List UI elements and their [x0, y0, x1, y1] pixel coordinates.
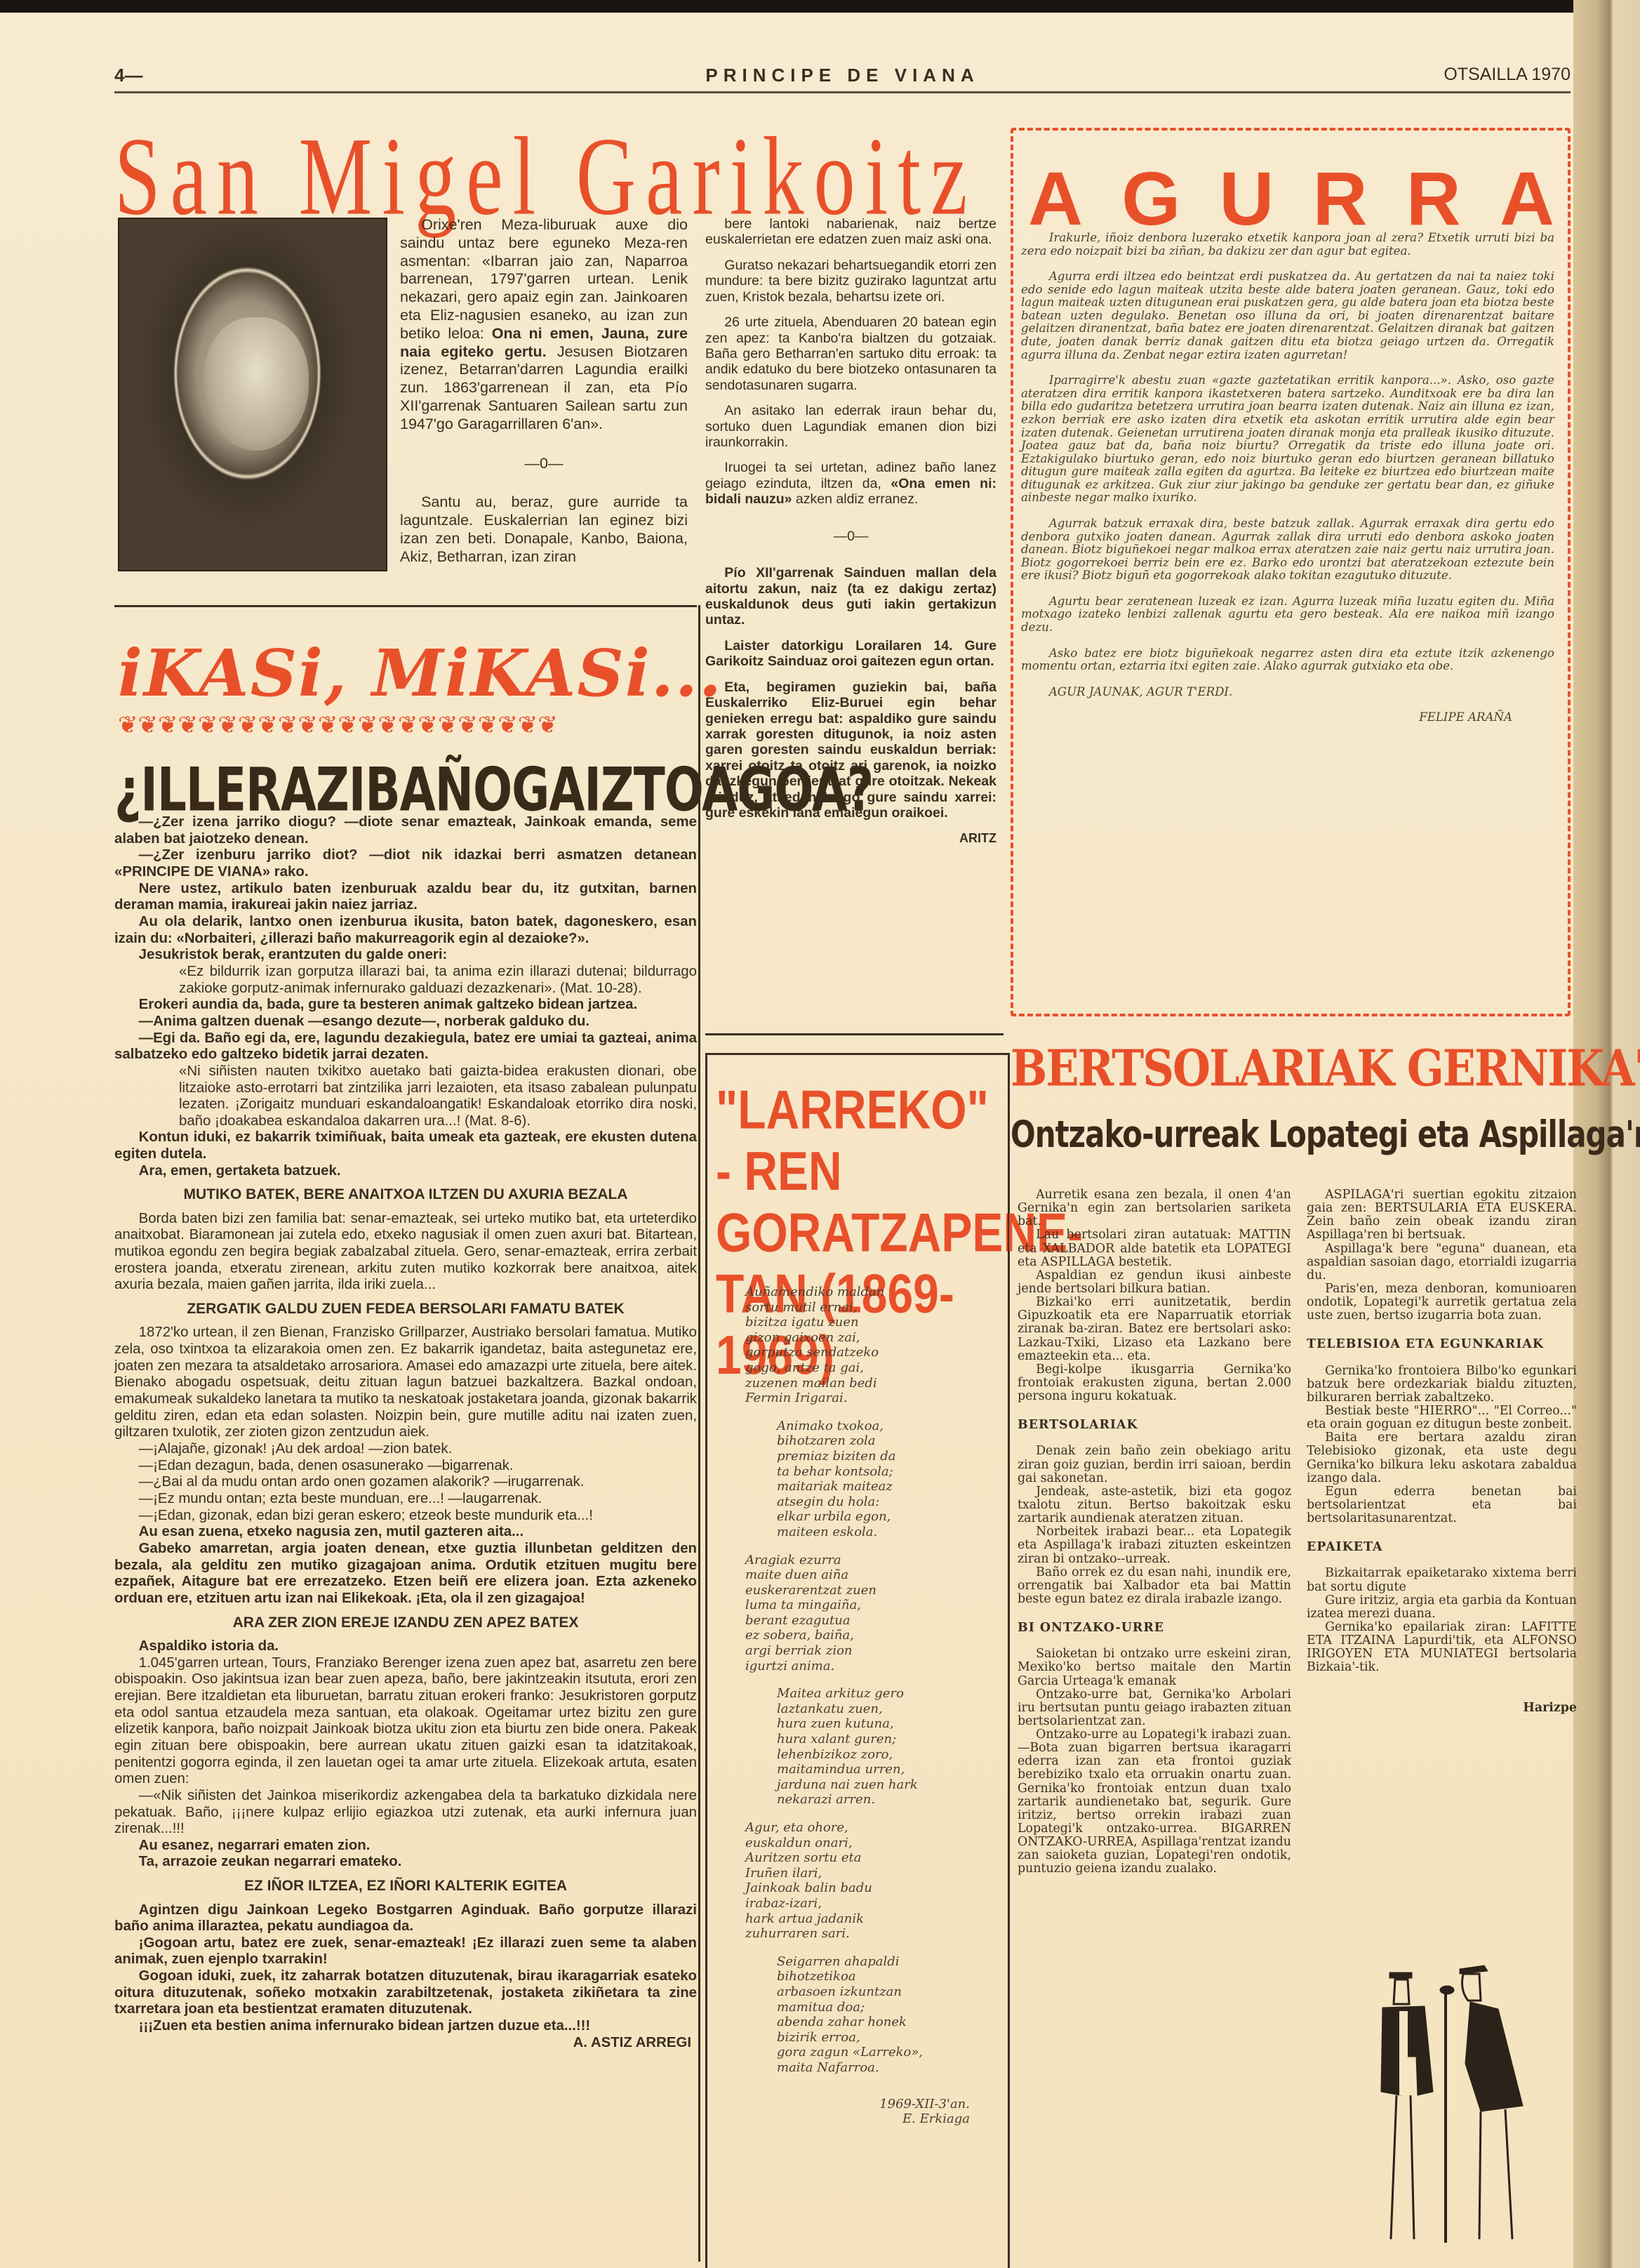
paragraph: —Anima galtzen duenak —esango dezute—, n…: [114, 1014, 697, 1030]
paragraph: Gabeko amarretan, argia joaten denean, e…: [114, 1541, 697, 1607]
poem-line: abenda zahar honek: [777, 2015, 998, 2030]
paragraph: Bizkai'ko erri aunitzetatik, berdin Gipu…: [1018, 1296, 1291, 1363]
section-divider: [114, 605, 697, 607]
poem-line: maita Nafarroa.: [777, 2060, 998, 2076]
paragraph: —Egi da. Baño egi da, ere, lagundu dezak…: [114, 1030, 697, 1063]
publication-title: PRINCIPE DE VIANA: [114, 65, 1571, 86]
section-heading: ZERGATIK GALDU ZUEN FEDEA BERSOLARI FAMA…: [114, 1301, 697, 1318]
paragraph: Erokeri aundia da, bada, gure ta bestere…: [114, 997, 697, 1014]
bertsolariak-title: BERTSOLARIAK GERNIKA'n: [1011, 1039, 1640, 1098]
poem-line: Agur, eta ohore,: [745, 1820, 998, 1836]
author-aritz: ARITZ: [705, 831, 996, 846]
paragraph: Aurretik esana zen bezala, il onen 4'an …: [1018, 1188, 1291, 1228]
separator: —0—: [705, 529, 996, 544]
paragraph: Gernika'ko frontoiera Bilbo'ko egunkari …: [1307, 1365, 1577, 1405]
paragraph: Asko batez ere biotz biguñekoak negarrez…: [1021, 647, 1554, 673]
paragraph: 1.045'garren urtean, Tours, Franziako Be…: [114, 1655, 697, 1788]
paragraph: ASPILAGA'ri suertian egokitu zitzaion ga…: [1307, 1188, 1577, 1242]
paragraph: Irakurle, iñoiz denbora luzerako etxetik…: [1021, 232, 1554, 258]
poem-stanza: Aragiak ezurramaite duen aiñaeuskerarent…: [745, 1553, 998, 1674]
section-divider: [705, 1033, 1004, 1035]
paragraph: Denak zein baño zein obekiago aritu zira…: [1018, 1445, 1291, 1485]
poem-line: sortu mutil ernai,: [745, 1300, 998, 1315]
paragraph: Gure iritziz, argia eta garbia da Kontua…: [1307, 1594, 1577, 1621]
section-heading: EZ IÑOR ILTZEA, EZ IÑORI KALTERIK EGITEA: [114, 1878, 697, 1895]
paragraph: Norbeitek irabazi bear... eta Lopategik …: [1018, 1525, 1291, 1565]
poem-line: premiaz biziten da: [777, 1449, 998, 1464]
paragraph: Paris'en, meza denboran, komunioaren ond…: [1307, 1282, 1577, 1322]
paragraph: —¡Alajañe, gizonak! ¡Au dek ardoa! —zion…: [114, 1441, 697, 1458]
paragraph: An asitako lan ederrak iraun behar du, s…: [705, 403, 996, 450]
author-harizpe: Harizpe: [1307, 1702, 1577, 1715]
poem-line: Aragiak ezurra: [745, 1553, 998, 1568]
portrait-photo: [118, 218, 387, 571]
scan-top-edge: [0, 0, 1640, 13]
paragraph: Aspillaga'k bere "eguna" duanean, eta as…: [1307, 1242, 1577, 1282]
paragraph: ¡Gogoan artu, batez ere zuek, senar-emaz…: [114, 1935, 697, 1968]
poem-line: euskaldun onari,: [745, 1836, 998, 1851]
ikasi-mikasi-title: iKASi, MiKASi...: [118, 635, 723, 711]
paragraph: Bizkaitarrak epaiketarako xixtema berri …: [1307, 1567, 1577, 1593]
ikasi-body: —¿Zer izena jarriko diogu? —diote senar …: [114, 814, 697, 2051]
issue-date: OTSAILLA 1970: [1444, 65, 1571, 85]
author-felipe-arana: FELIPE ARAÑA: [1021, 711, 1554, 724]
poem-line: Auñamendiko maldan: [745, 1285, 998, 1300]
poem-line: Seigarren ahapaldi: [777, 1954, 998, 1970]
paragraph: Agurrak batzuk erraxak dira, beste batzu…: [1021, 517, 1554, 583]
paragraph: Gogoan iduki, zuek, itz zaharrak botatze…: [114, 1968, 697, 2018]
paragraph: —¿Zer izenburu jarriko diot? —diot nik i…: [114, 847, 697, 880]
paragraph: Orixe'ren Meza-liburuak auxe dio saindu …: [400, 216, 688, 434]
poem-line: hura zuen kutuna,: [777, 1716, 998, 1732]
poem-line: mamitua doa;: [777, 2000, 998, 2015]
poem-line: jarduna nai zuen hark: [777, 1777, 998, 1793]
poem-line: lehenbizikoz zoro,: [777, 1747, 998, 1763]
paragraph: Baita ere bertara azaldu ziran Telebisio…: [1307, 1431, 1577, 1485]
section-heading: ARA ZER ZION EREJE IZANDU ZEN APEZ BATEX: [114, 1614, 697, 1631]
paragraph: Lau bertsolari ziran autatuak: MATTIN et…: [1018, 1228, 1291, 1268]
paragraph: —¿Bai al da mudu ontan ardo onen gozamen…: [114, 1474, 697, 1491]
poem-line: luma ta mingaiña,: [745, 1598, 998, 1613]
author-astiz-arregi: A. ASTIZ ARREGI: [114, 2035, 697, 2052]
poem-stanza: Maitea arkituz gerolaztankatu zuen,hura …: [745, 1686, 998, 1808]
section-heading: MUTIKO BATEK, BERE ANAITXOA ILTZEN DU AX…: [114, 1186, 697, 1203]
poem-line: arbasoen izkuntzan: [777, 1984, 998, 2000]
paragraph: —«Nik siñisten det Jainkoa miserikordiz …: [114, 1788, 697, 1838]
paragraph: ¡¡¡Zuen eta bestien anima infernurako bi…: [114, 2018, 697, 2035]
agurra-title: A G U R R A: [1028, 154, 1554, 242]
paragraph: Jesukristok berak, erantzuten du galde o…: [114, 947, 697, 964]
poem-line: atsegin du hola:: [777, 1494, 998, 1510]
bertsolari-cartoon-illustration: [1375, 1951, 1544, 2246]
paragraph: «Ez bildurrik izan gorputza illarazi bai…: [114, 964, 697, 997]
paragraph: 26 urte zituela, Abenduaren 20 batean eg…: [705, 314, 996, 393]
poem-line: irabaz-izari,: [745, 1896, 998, 1911]
paragraph: —¡Ez mundu ontan; ezta beste munduan, er…: [114, 1491, 697, 1508]
paragraph: Laister datorkigu Lorailaren 14. Gure Ga…: [705, 638, 996, 670]
paragraph: Santu au, beraz, gure aurride ta laguntz…: [400, 493, 688, 566]
poem-line: Jainkoak balin badu: [745, 1881, 998, 1896]
poem-line: berant ezagutua: [745, 1613, 998, 1629]
decorative-ornament-band: ❦❦❦❦❦❦❦❦❦❦❦❦❦❦❦❦❦❦❦❦❦❦: [118, 711, 693, 739]
poem-line: bihotzetikoa: [777, 1969, 998, 1984]
portrait-face: [204, 317, 309, 451]
paragraph: Borda baten bizi zen familia bat: senar-…: [114, 1211, 697, 1294]
poem-line: zuzenen mailan bedi: [745, 1376, 998, 1391]
paragraph: Au ola delarik, lantxo onen izenburua ik…: [114, 914, 697, 947]
poem-line: maitariak maiteaz: [777, 1479, 998, 1494]
paragraph: Au esan zuena, etxeko nagusia zen, mutil…: [114, 1524, 697, 1541]
separator: —0—: [400, 455, 688, 473]
bertsolariak-col1: Aurretik esana zen bezala, il onen 4'an …: [1018, 1188, 1291, 1876]
paragraph: Egun ederra benetan bai bertsolarientzat…: [1307, 1485, 1577, 1525]
poem-line: bizitza igatu zuen: [745, 1315, 998, 1330]
poem-line: argi berriak zion: [745, 1643, 998, 1659]
column-divider: [1008, 1193, 1009, 2260]
agurra-body: Irakurle, iñoiz denbora luzerako etxetik…: [1021, 232, 1554, 724]
poem-dateline: 1969-XII-3'an.: [745, 2097, 998, 2112]
paragraph: Baño orrek ez du esan nahi, inundik ere,…: [1018, 1566, 1291, 1606]
poem-line: Auritzen sortu eta: [745, 1850, 998, 1866]
poem-line: gogo, antze ta gai,: [745, 1360, 998, 1376]
paragraph: Bestiak beste "HIERRO"... "El Correo..."…: [1307, 1405, 1577, 1431]
paragraph: Aspaldian ez gendun ikusi ainbeste jende…: [1018, 1269, 1291, 1296]
poem-line: maitamindua urren,: [777, 1762, 998, 1777]
paragraph: Agurra erdi iltzea edo beintzat erdi pus…: [1021, 270, 1554, 362]
poem-line: Fermin Irigarai.: [745, 1391, 998, 1406]
paragraph: Iruogei ta sei urtetan, adinez baño lane…: [705, 460, 996, 507]
paragraph: Begi-kolpe ikusgarria Gernika'ko frontoi…: [1018, 1363, 1291, 1403]
paragraph: Jendeak, aste-astetik, bizi eta gogoz tx…: [1018, 1485, 1291, 1525]
paragraph: Ontzako-urre bat, Gernika'ko Arbolari ir…: [1018, 1688, 1291, 1728]
poem-line: ez sobera, baiña,: [745, 1628, 998, 1643]
poem-line: gorputza sendatzeko: [745, 1345, 998, 1360]
paragraph: Aspaldiko istoria da.: [114, 1638, 697, 1655]
poem-line: maite duen aiña: [745, 1567, 998, 1583]
poem-stanza: Seigarren ahapaldibihotzetikoaarbasoen i…: [745, 1954, 998, 2076]
poem-line: Animako txokoa,: [777, 1419, 998, 1434]
poem-line: Iruñen ilari,: [745, 1866, 998, 1881]
poem-line: bihotzaren zola: [777, 1433, 998, 1449]
poem-stanza: Animako txokoa,bihotzaren zolapremiaz bi…: [745, 1419, 998, 1540]
poem-line: hark artua jadanik: [745, 1911, 998, 1927]
paragraph: Nere ustez, artikulo baten izenburuak az…: [114, 881, 697, 914]
header-divider: [114, 91, 1571, 93]
paragraph: Ontzako-urre au Lopategi'k irabazi zuan.…: [1018, 1728, 1291, 1876]
poem-line: laztankatu zuen,: [777, 1702, 998, 1717]
paragraph: Saioketan bi ontzako urre eskeini ziran,…: [1018, 1647, 1291, 1687]
paragraph: Pío XII'garrenak Sainduen mallan dela ai…: [705, 565, 996, 628]
section-heading: BERTSOLARIAK: [1018, 1419, 1291, 1432]
poem-line: gora zagun «Larreko»,: [777, 2045, 998, 2060]
section-heading: BI ONTZAKO-URRE: [1018, 1622, 1291, 1635]
poem-line: elkar urbila egon,: [777, 1509, 998, 1525]
garikoitz-col1: Orixe'ren Meza-liburuak auxe dio saindu …: [400, 216, 688, 566]
paragraph: Ta, arrazoie zeukan negarrari emateko.: [114, 1854, 697, 1871]
poem-line: igurtzi anima.: [745, 1659, 998, 1674]
poem-line: euskerarentzat zuen: [745, 1583, 998, 1598]
paragraph: Guratso nekazari behartsuegandik etorri …: [705, 258, 996, 305]
paragraph: Kontun iduki, ez bakarrik tximiñuak, bai…: [114, 1129, 697, 1162]
poem-line: gizon gaixoen zai,: [745, 1330, 998, 1346]
author-erkiaga: E. Erkiaga: [745, 2111, 998, 2127]
poem-line: hura xalant guren;: [777, 1732, 998, 1747]
garikoitz-col2: bere lantoki nabarienak, naiz bertze eus…: [705, 216, 996, 845]
paragraph: Agintzen digu Jainkoan Legeko Bostgarren…: [114, 1902, 697, 1935]
paragraph: —¡Edan, gizonak, edan bizi geran eskero;…: [114, 1508, 697, 1525]
column-divider: [698, 605, 700, 2262]
bertsolariak-col2: ASPILAGA'ri suertian egokitu zitzaion ga…: [1307, 1188, 1577, 1715]
poem-line: zuhurraren sari.: [745, 1926, 998, 1942]
paragraph: Au esanez, negarrari ematen zion.: [114, 1838, 697, 1855]
page-header: 4— PRINCIPE DE VIANA OTSAILLA 1970: [114, 65, 1571, 93]
poem-line: ta behar kontsola;: [777, 1464, 998, 1480]
paragraph: —¿Zer izena jarriko diogu? —diote senar …: [114, 814, 697, 847]
paragraph: —¡Edan dezagun, bada, denen osasunerako …: [114, 1458, 697, 1475]
poem-line: Maitea arkituz gero: [777, 1686, 998, 1702]
poem-line: nekarazi arren.: [777, 1792, 998, 1808]
bertsolariak-subtitle: Ontzako-urreak Lopategi eta Aspillaga're…: [1011, 1113, 1640, 1155]
paragraph: Agurtu bear zeratenean luzeak ez izan. A…: [1021, 595, 1554, 635]
larreko-poem: Auñamendiko maldansortu mutil ernai,bizi…: [745, 1285, 998, 2127]
paragraph: Ara, emen, gertaketa batzuek.: [114, 1163, 697, 1180]
poem-stanza: Agur, eta ohore,euskaldun onari,Auritzen…: [745, 1820, 998, 1942]
paragraph: «Ni siñisten nauten txikitxo auetako bat…: [114, 1063, 697, 1130]
section-heading: EPAIKETA: [1307, 1541, 1577, 1554]
paragraph: AGUR JAUNAK, AGUR T'ERDI.: [1021, 686, 1554, 699]
paragraph: Iparragirre'k abestu zuan «gazte gazteta…: [1021, 374, 1554, 505]
paragraph: Gernika'ko epailariak ziran: LAFITTE ETA…: [1307, 1621, 1577, 1675]
poem-line: bizirik erroa,: [777, 2030, 998, 2045]
paragraph: bere lantoki nabarienak, naiz bertze eus…: [705, 216, 996, 248]
poem-line: maiteen eskola.: [777, 1525, 998, 1540]
section-heading: TELEBISIOA ETA EGUNKARIAK: [1307, 1338, 1577, 1351]
poem-stanza: Auñamendiko maldansortu mutil ernai,bizi…: [745, 1285, 998, 1406]
paragraph: 1872'ko urtean, il zen Bienan, Franzisko…: [114, 1325, 697, 1441]
